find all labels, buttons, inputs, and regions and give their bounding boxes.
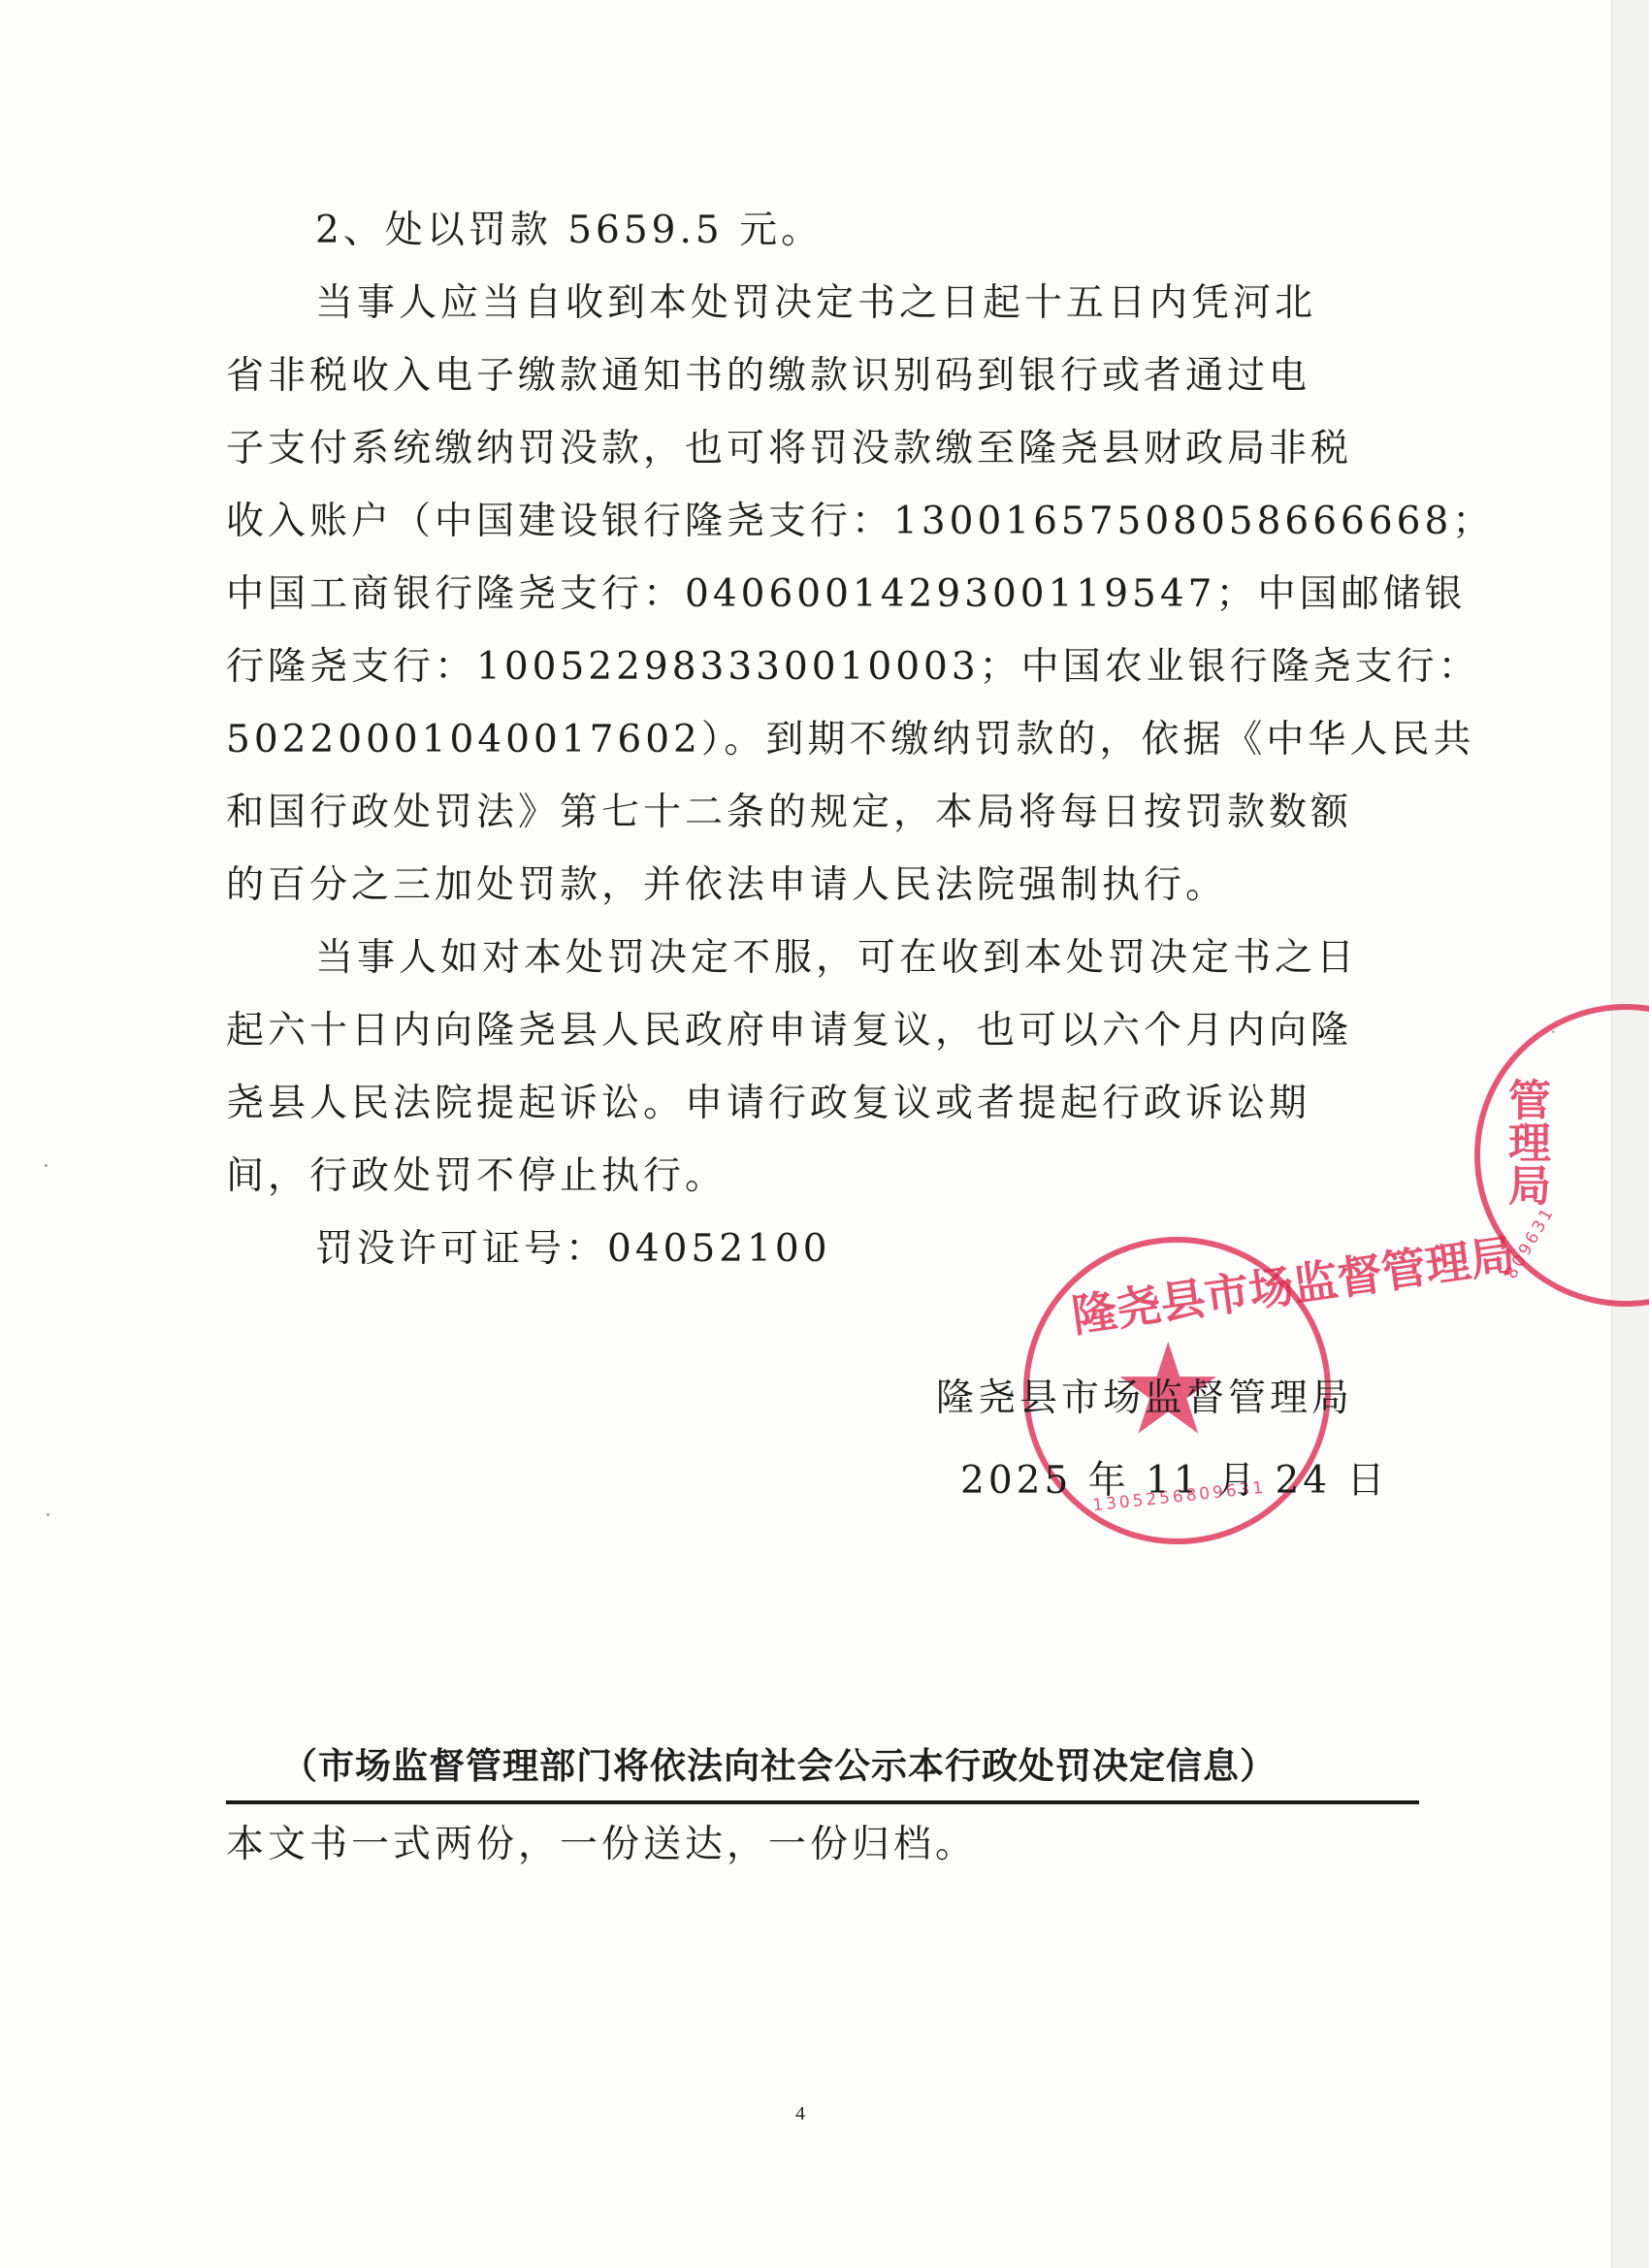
seam-seal-code: 809631 <box>1502 1203 1559 1282</box>
seam-seal-text: 管理局 <box>1494 1078 1556 1206</box>
appeal-rights-paragraph: 当事人如对本处罚决定不服，可在收到本处罚决定书之日 起六十日内向隆尧县人民政府申… <box>226 922 1371 1213</box>
paragraph-line: 起六十日内向隆尧县人民政府申请复议，也可以六个月内向隆 <box>226 994 1371 1067</box>
divider <box>226 1800 1419 1804</box>
payment-instructions-paragraph: 当事人应当自收到本处罚决定书之日起十五日内凭河北 省非税收入电子缴款通知书的缴款… <box>226 267 1371 922</box>
paragraph-line: 当事人应当自收到本处罚决定书之日起十五日内凭河北 <box>226 267 1371 340</box>
paragraph-line: 当事人如对本处罚决定不服，可在收到本处罚决定书之日 <box>226 922 1371 994</box>
public-notice: （市场监督管理部门将依法向社会公示本行政处罚决定信息） <box>281 1736 1277 1789</box>
page-number: 4 <box>795 2103 805 2125</box>
paragraph-line: 子支付系统缴纳罚没款，也可将罚没款缴至隆尧县财政局非税 <box>226 412 1371 485</box>
paragraph-line: 2、处以罚款 5659.5 元。 <box>226 194 1371 267</box>
paragraph-line: 的百分之三加处罚款，并依法申请人民法院强制执行。 <box>226 849 1371 922</box>
paragraph-line: 行隆尧支行：100522983330010003；中国农业银行隆尧支行： <box>226 631 1371 703</box>
penalty-item-paragraph: 2、处以罚款 5659.5 元。 <box>226 194 1371 267</box>
paragraph-line: 间，行政处罚不停止执行。 <box>226 1140 1371 1213</box>
scan-speck <box>45 1164 48 1167</box>
paragraph-line: 和国行政处罚法》第七十二条的规定，本局将每日按罚款数额 <box>226 776 1371 849</box>
paragraph-line: 50220001040017602）。到期不缴纳罚款的，依据《中华人民共 <box>226 703 1371 776</box>
issuing-authority: 隆尧县市场监督管理局 <box>936 1368 1353 1422</box>
scan-speck <box>47 1513 49 1516</box>
paragraph-line: 省非税收入电子缴款通知书的缴款识别码到银行或者通过电 <box>226 340 1371 412</box>
issue-date: 2025 年 11 月 24 日 <box>960 1450 1389 1505</box>
paragraph-line: 中国工商银行隆尧支行：0406001429300119547；中国邮储银 <box>226 558 1371 631</box>
paragraph-line: 收入账户（中国建设银行隆尧支行：13001657508058666668； <box>226 485 1371 558</box>
scan-speck <box>1552 1030 1555 1033</box>
copies-note: 本文书一式两份，一份送达，一份归档。 <box>226 1814 977 1868</box>
paragraph-line: 尧县人民法院提起诉讼。申请行政复议或者提起行政诉讼期 <box>226 1067 1371 1140</box>
